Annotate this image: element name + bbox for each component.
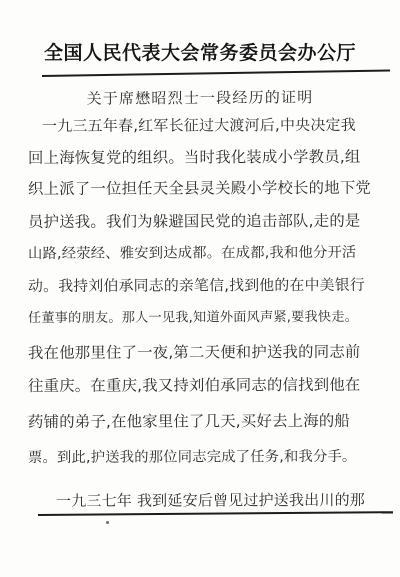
body-line: 一九三七年 我到延安后曾见过护送我出川的那 <box>56 489 365 511</box>
body-line: 药铺的弟子,在他家里住了几天,买好去上海的船 <box>28 409 350 432</box>
page-bottom-rule <box>38 511 393 516</box>
body-line: 票。到此,护送我的那位同志完成了任务,和我分手。 <box>28 446 356 467</box>
body-line: 任董事的朋友。那人一见我,知道外面风声紧,要我快走。 <box>28 306 358 326</box>
body-line: 织上派了一位担任天全县灵关殿小学校长的地下党 <box>28 176 371 199</box>
body-line: 回上海恢复党的组织。当时我化装成小学教员,组 <box>28 145 361 168</box>
body-line: 一九三五年春,红军长征过大渡河后,中央决定我 <box>42 114 356 136</box>
document-title: 关于席懋昭烈士一段经历的证明 <box>0 86 400 110</box>
scanned-document-page: 全国人民代表大会常务委员会办公厅 关于席懋昭烈士一段经历的证明 一九三五年春,红… <box>0 0 400 577</box>
body-line: 我在他那里住了一夜,第二天便和护送我的同志前 <box>28 340 361 363</box>
letterhead-org-name: 全国人民代表大会常务委员会办公厅 <box>0 38 400 65</box>
body-line: 山路,经荥经、雅安到达成都。在成都,我和他分开活 <box>28 242 356 263</box>
body-line: 动。我持刘伯承同志的亲笔信,找到他的在中美银行 <box>28 274 365 296</box>
ink-speck <box>106 521 109 524</box>
letterhead-divider-rule <box>42 70 390 78</box>
body-line: 往重庆。在重庆,我又持刘伯承同志的信找到他在 <box>28 373 361 396</box>
body-line: 员护送我。我们为躲避国民党的追击部队,走的是 <box>28 209 361 232</box>
